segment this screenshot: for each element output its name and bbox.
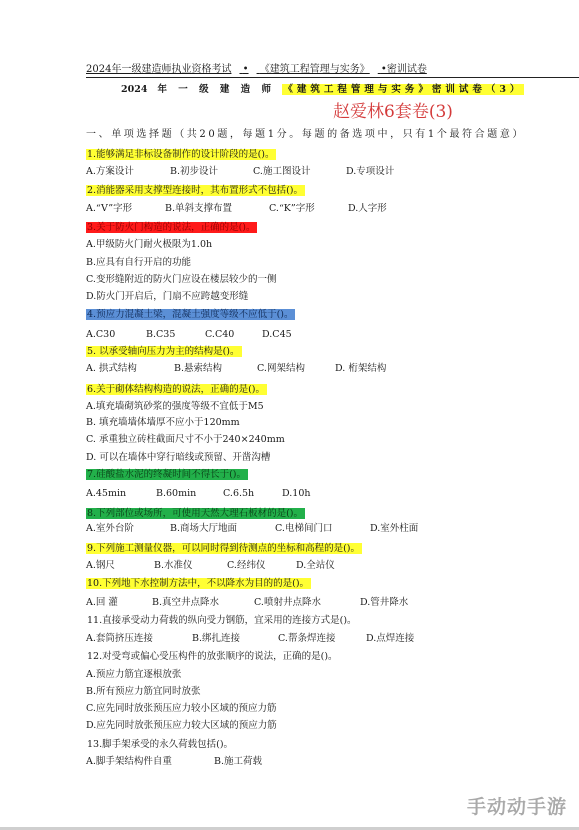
question-2-stem: 2.消能器采用支撑型连接时，其布置形式不包括()。 <box>86 184 305 197</box>
question-1-stem: 1.能够满足非标设备制作的设计阶段的是()。 <box>86 148 276 161</box>
option-a: A.“V”字形 <box>86 202 132 215</box>
option-b: B.60min <box>156 487 196 500</box>
header-paper-type: •密训试卷 <box>381 64 427 75</box>
option-b: B.绑扎连接 <box>192 632 240 645</box>
option-a: A.C30 <box>86 328 115 341</box>
option-c: C.C40 <box>205 328 234 341</box>
option-c: C.电梯间门口 <box>275 522 332 535</box>
question-12-option-b: B.所有预应力筋宜同时放张 <box>86 685 201 698</box>
option-a: A.45min <box>86 487 126 500</box>
exam-year: 2024 <box>121 84 147 95</box>
exam-title-prefix: 年 一 级 建 造 师 <box>157 84 275 95</box>
option-a: A.方案设计 <box>86 165 134 178</box>
option-d: D.C45 <box>262 328 292 341</box>
exam-title: 2024年 一 级 建 造 师 《建筑工程管理与实务》密训试卷（3） <box>121 84 524 96</box>
option-b: B.施工荷载 <box>214 755 262 768</box>
question-4-stem: 4.预应力混凝土梁，混凝土强度等级不应低于()。 <box>86 308 295 321</box>
question-6-option-c: C. 承重独立砖柱截面尺寸不小于240×240mm <box>86 433 285 446</box>
option-b: B.悬索结构 <box>174 362 222 375</box>
exam-page: 2024年一级建造师执业资格考试 • 《建筑工程管理与实务》 •密训试卷 202… <box>0 0 579 830</box>
option-c: C.帮条焊连接 <box>278 632 335 645</box>
option-a: A. 拱式结构 <box>86 362 137 375</box>
question-3-option-b: B.应具有自行开启的功能 <box>86 256 191 269</box>
option-d: D.10h <box>282 487 311 500</box>
option-c: C.网架结构 <box>257 362 305 375</box>
question-3-option-d: D.防火门开启后，门扇不应跨越变形缝 <box>86 290 248 303</box>
option-d: D.专项设计 <box>346 165 394 178</box>
header-subject: 《建筑工程管理与实务》 <box>260 64 370 75</box>
option-a: A.脚手架结构件自重 <box>86 755 172 768</box>
option-b: B.水准仪 <box>154 559 193 572</box>
header-separator: • <box>243 64 249 75</box>
option-b: B.初步设计 <box>170 165 218 178</box>
option-d: D.管井降水 <box>360 596 408 609</box>
question-5-stem: 5. 以承受轴向压力为主的结构是()。 <box>86 345 242 358</box>
option-a: A.钢尺 <box>86 559 115 572</box>
running-header: 2024年一级建造师执业资格考试 • 《建筑工程管理与实务》 •密训试卷 <box>86 64 579 78</box>
option-a: A.回 灌 <box>86 596 118 609</box>
option-c: C.经纬仪 <box>227 559 265 572</box>
question-8-stem: 8.下列部位或场所，可使用天然大理石板材的是()。 <box>86 507 305 520</box>
option-b: B.单斜支撑布置 <box>165 202 232 215</box>
question-3-option-a: A.甲级防火门耐火极限为1.0h <box>86 238 212 251</box>
question-12-option-a: A.预应力筋宜逐根放张 <box>86 668 181 681</box>
option-d: D.点焊连接 <box>366 632 414 645</box>
section-title: 一、单项选择题（共20题，每题1分。每题的备选项中，只有1个最符合题意） <box>86 128 525 142</box>
option-d: D. 桁架结构 <box>335 362 386 375</box>
option-a: A.室外台阶 <box>86 522 134 535</box>
option-c: C.6.5h <box>223 487 254 500</box>
question-12-stem: 12.对受弯或偏心受压构件的放张顺序的说法，正确的是()。 <box>86 650 340 663</box>
question-6-option-a: A.填充墙砌筑砂浆的强度等级不宜低于M5 <box>86 400 264 413</box>
question-6-stem: 6.关于砌体结构构造的说法，正确的是()。 <box>86 383 267 396</box>
question-3-option-c: C.变形缝附近的防火门应设在楼层较少的一侧 <box>86 273 276 286</box>
handwritten-note: 赵爱林6套卷(3) <box>333 102 453 122</box>
option-c: C.“K”字形 <box>269 202 315 215</box>
option-a: A.套筒挤压连接 <box>86 632 153 645</box>
question-12-option-c: C.应先同时放张预压应力较小区域的预应力筋 <box>86 702 276 715</box>
question-6-option-b: B. 填充墙墙体墙厚不应小于120mm <box>86 416 240 429</box>
question-9-stem: 9.下列施工测量仪器，可以同时得到待测点的坐标和高程的是()。 <box>86 542 362 555</box>
option-d: D.人字形 <box>348 202 387 215</box>
question-11-stem: 11.直接承受动力荷载的纵向受力钢筋，宜采用的连接方式是()。 <box>86 614 359 627</box>
question-6-option-d: D. 可以在墙体中穿行暗线或预留、开凿沟槽 <box>86 451 270 464</box>
option-d: D.全站仪 <box>296 559 335 572</box>
question-13-stem: 13.脚手架承受的永久荷载包括()。 <box>86 738 235 751</box>
option-b: B.商场大厅地面 <box>170 522 237 535</box>
option-b: B.真空井点降水 <box>152 596 219 609</box>
option-c: C.喷射井点降水 <box>254 596 321 609</box>
question-7-stem: 7.硅酸盐水泥的终凝时间不得长于()。 <box>86 468 248 481</box>
exam-title-highlighted: 《建筑工程管理与实务》密训试卷（3） <box>282 84 524 95</box>
option-b: B.C35 <box>146 328 175 341</box>
option-d: D.室外柱面 <box>370 522 418 535</box>
watermark-logo: 手动动手游 <box>467 795 567 819</box>
question-3-stem: 3.关于防火门构造的说法，正确的是()。 <box>86 221 257 234</box>
header-exam-name: 2024年一级建造师执业资格考试 <box>86 64 231 75</box>
question-12-option-d: D.应先同时放张预压应力较大区域的预应力筋 <box>86 719 277 732</box>
question-10-stem: 10.下列地下水控制方法中，不以降水为目的的是()。 <box>86 577 311 590</box>
option-c: C.施工图设计 <box>253 165 310 178</box>
